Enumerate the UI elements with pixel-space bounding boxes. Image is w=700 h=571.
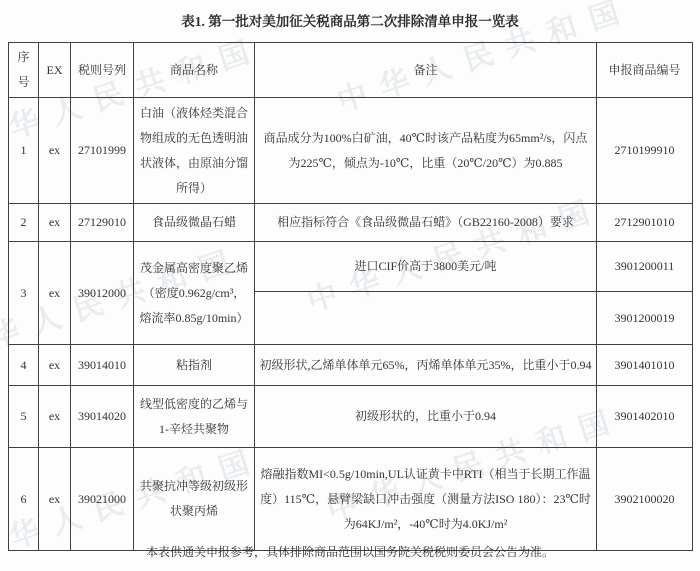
product-name-cell: 线型低密度的乙烯与1-辛烃共聚物 bbox=[134, 386, 255, 448]
remark-cell bbox=[255, 292, 597, 345]
seq-cell: 2 bbox=[9, 204, 39, 242]
product-code-cell: 3901200011 bbox=[597, 242, 693, 292]
hs-code-cell: 39021000 bbox=[71, 448, 134, 551]
declaration-table: 序号 EX 税则号列 商品名称 备注 申报商品编号 1 ex 27101999 … bbox=[8, 42, 693, 551]
product-name-cell: 茂金属高密度聚乙烯（密度0.962g/cm³，熔流率0.85g/10min） bbox=[134, 242, 255, 345]
hs-code-cell: 39014020 bbox=[71, 386, 134, 448]
hs-code-cell: 39014010 bbox=[71, 345, 134, 386]
product-code-cell: 3901402010 bbox=[597, 386, 693, 448]
footer-note: 本表供通关申报参考，具体排除商品范围以国务院关税税则委员会公告为准。 bbox=[0, 543, 700, 560]
product-code-cell: 2710199910 bbox=[597, 98, 693, 204]
col-header-name: 商品名称 bbox=[134, 43, 255, 98]
remark-cell: 商品成分为100%白矿油，40℃时该产品粘度为65mm²/s，闪点为225℃，倾… bbox=[255, 98, 597, 204]
product-code-cell: 3902100020 bbox=[597, 448, 693, 551]
hs-code-cell: 27129010 bbox=[71, 204, 134, 242]
remark-cell: 初级形状的，比重小于0.94 bbox=[255, 386, 597, 448]
seq-cell: 5 bbox=[9, 386, 39, 448]
col-header-ex: EX bbox=[39, 43, 71, 98]
seq-cell: 4 bbox=[9, 345, 39, 386]
hs-code-cell: 27101999 bbox=[71, 98, 134, 204]
ex-cell: ex bbox=[39, 242, 71, 345]
ex-cell: ex bbox=[39, 386, 71, 448]
product-code-cell: 3901401010 bbox=[597, 345, 693, 386]
table-row: 2 ex 27129010 食品级微晶石蜡 相应指标符合《食品级微晶石蜡》（GB… bbox=[9, 204, 693, 242]
remark-cell: 初级形状,乙烯单体单元65%，丙烯单体单元35%，比重小于0.94 bbox=[255, 345, 597, 386]
product-code-cell: 3901200019 bbox=[597, 292, 693, 345]
product-name-cell: 食品级微晶石蜡 bbox=[134, 204, 255, 242]
ex-cell: ex bbox=[39, 345, 71, 386]
table-row: 3 ex 39012000 茂金属高密度聚乙烯（密度0.962g/cm³，熔流率… bbox=[9, 242, 693, 292]
product-name-cell: 粘指剂 bbox=[134, 345, 255, 386]
table-row: 5 ex 39014020 线型低密度的乙烯与1-辛烃共聚物 初级形状的，比重小… bbox=[9, 386, 693, 448]
col-header-seq: 序号 bbox=[9, 43, 39, 98]
header-row: 序号 EX 税则号列 商品名称 备注 申报商品编号 bbox=[9, 43, 693, 98]
remark-cell: 进口CIF价高于3800美元/吨 bbox=[255, 242, 597, 292]
seq-cell: 3 bbox=[9, 242, 39, 345]
product-name-cell: 共聚抗冲等级初级形状聚丙烯 bbox=[134, 448, 255, 551]
hs-code-cell: 39012000 bbox=[71, 242, 134, 345]
col-header-code: 申报商品编号 bbox=[597, 43, 693, 98]
table-row: 4 ex 39014010 粘指剂 初级形状,乙烯单体单元65%，丙烯单体单元3… bbox=[9, 345, 693, 386]
remark-cell: 熔融指数MI<0.5g/10min,UL认证黄卡中RTI（相当于长期工作温度）1… bbox=[255, 448, 597, 551]
ex-cell: ex bbox=[39, 448, 71, 551]
ex-cell: ex bbox=[39, 98, 71, 204]
table-row: 1 ex 27101999 白油（液体烃类混合物组成的无色透明油状液体，由原油分… bbox=[9, 98, 693, 204]
col-header-remark: 备注 bbox=[255, 43, 597, 98]
product-code-cell: 2712901010 bbox=[597, 204, 693, 242]
seq-cell: 6 bbox=[9, 448, 39, 551]
ex-cell: ex bbox=[39, 204, 71, 242]
remark-cell: 相应指标符合《食品级微晶石蜡》（GB22160-2008）要求 bbox=[255, 204, 597, 242]
product-name-cell: 白油（液体烃类混合物组成的无色透明油状液体，由原油分馏所得） bbox=[134, 98, 255, 204]
seq-cell: 1 bbox=[9, 98, 39, 204]
col-header-hs: 税则号列 bbox=[71, 43, 134, 98]
page-title: 表1. 第一批对美加征关税商品第二次排除清单申报一览表 bbox=[0, 10, 700, 30]
document-page: 中华人民共和国 中华人民共和国 中华人民共和国 中华人民共和国 中华人民共和国 … bbox=[0, 0, 700, 571]
table-row: 6 ex 39021000 共聚抗冲等级初级形状聚丙烯 熔融指数MI<0.5g/… bbox=[9, 448, 693, 551]
